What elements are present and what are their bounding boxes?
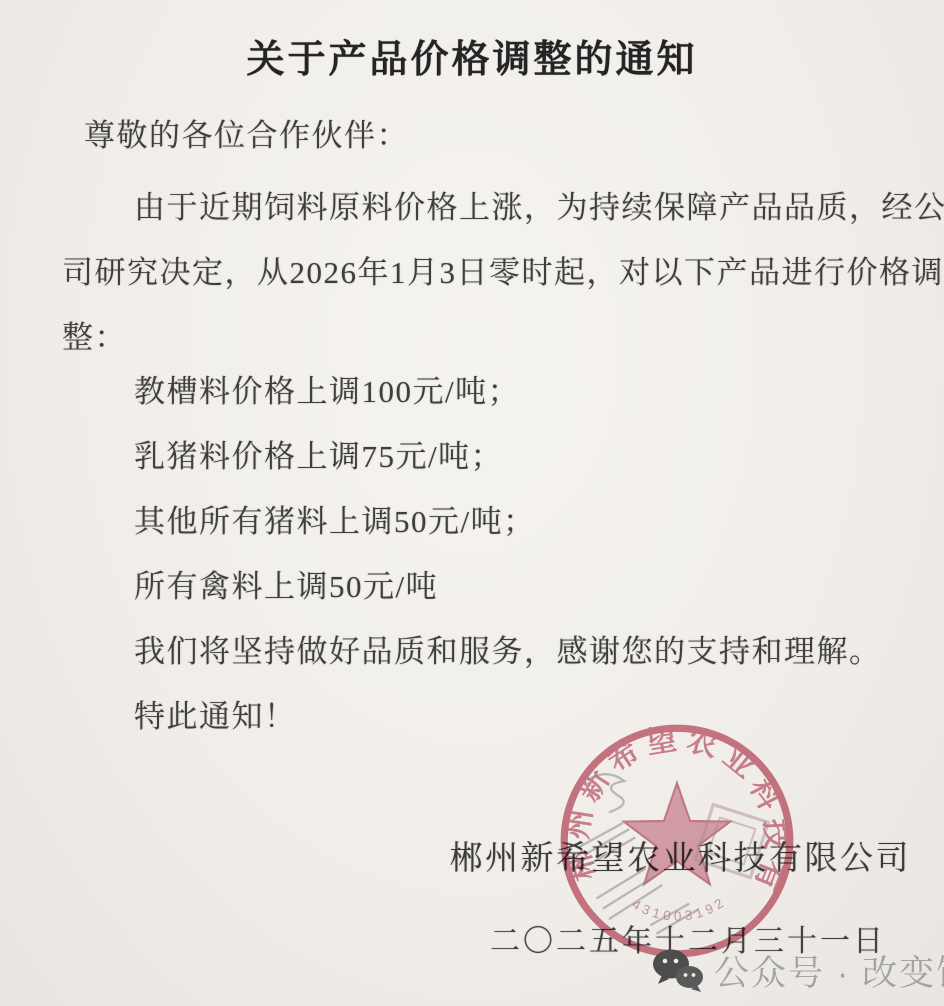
company-seal: 郴州新希望农业科技有限公司 4310031926061 (558, 722, 796, 960)
watermark: 公众号 · 改变饲界 (652, 946, 944, 996)
price-item-piglet-feed: 乳猪料价格上调75元/吨； (134, 431, 503, 476)
watermark-text: 公众号 · 改变饲界 (714, 946, 944, 996)
hereby-notice-line: 特此通知！ (134, 691, 297, 736)
price-item-poultry-feed: 所有禽料上调50元/吨 (134, 561, 438, 606)
closing-thanks-line: 我们将坚持做好品质和服务，感谢您的支持和理解。 (134, 626, 882, 671)
price-item-other-pig-feed: 其他所有猪料上调50元/吨； (134, 496, 536, 541)
paragraph-line-3: 整： (62, 312, 127, 357)
greeting-line: 尊敬的各位合作伙伴： (84, 110, 409, 155)
paragraph-line-1: 由于近期饲料原料价格上涨，为持续保障产品品质，经公 (134, 182, 944, 227)
price-item-creep-feed: 教槽料价格上调100元/吨； (134, 366, 520, 411)
document-page: 关于产品价格调整的通知 尊敬的各位合作伙伴： 由于近期饲料原料价格上涨，为持续保… (0, 0, 944, 1006)
wechat-icon (652, 948, 704, 994)
paragraph-line-2: 司研究决定，从2026年1月3日零时起，对以下产品进行价格调 (62, 247, 944, 292)
notice-title: 关于产品价格调整的通知 (0, 28, 944, 83)
